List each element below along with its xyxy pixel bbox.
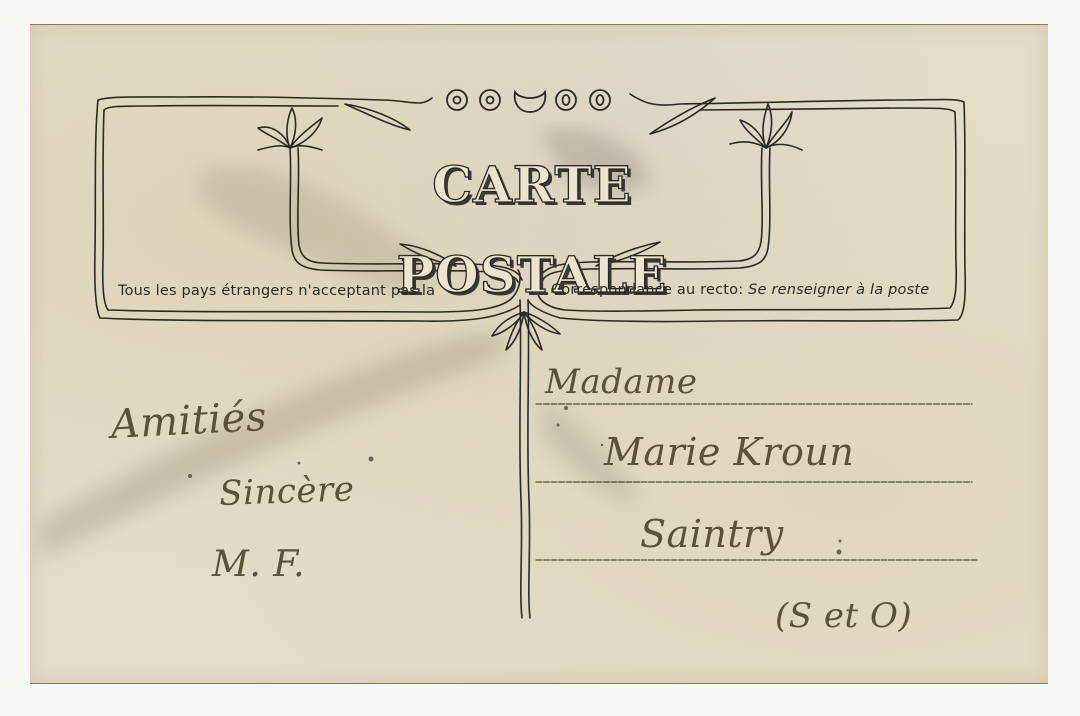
notice-right-regular: Correspondance au recto: [551,282,748,298]
printed-frame [0,0,1080,716]
leaf-sprig-top-left [345,104,410,130]
center-stem-left [520,300,522,618]
address-line-4: (S et O) [775,596,912,636]
notice-left: Tous les pays étrangers n'acceptant pas … [118,283,435,299]
message-line-2: Sincère [219,469,355,514]
notice-right: Correspondance au recto: Se renseigner à… [551,282,929,298]
ornament-row-icon [447,90,610,112]
message-line-1: Amitiés [110,394,268,448]
center-stem-right [528,300,530,618]
address-line-1: Madame [545,362,697,402]
message-signature: M. F. [212,544,305,585]
address-line-2: Marie Kroun [604,430,854,474]
address-line-3: Saintry [640,512,784,556]
notice-right-italic: Se renseigner à la poste [748,282,929,298]
postcard-title: CARTE POSTALE [322,140,742,230]
lotus-flower-left-icon [258,108,322,150]
